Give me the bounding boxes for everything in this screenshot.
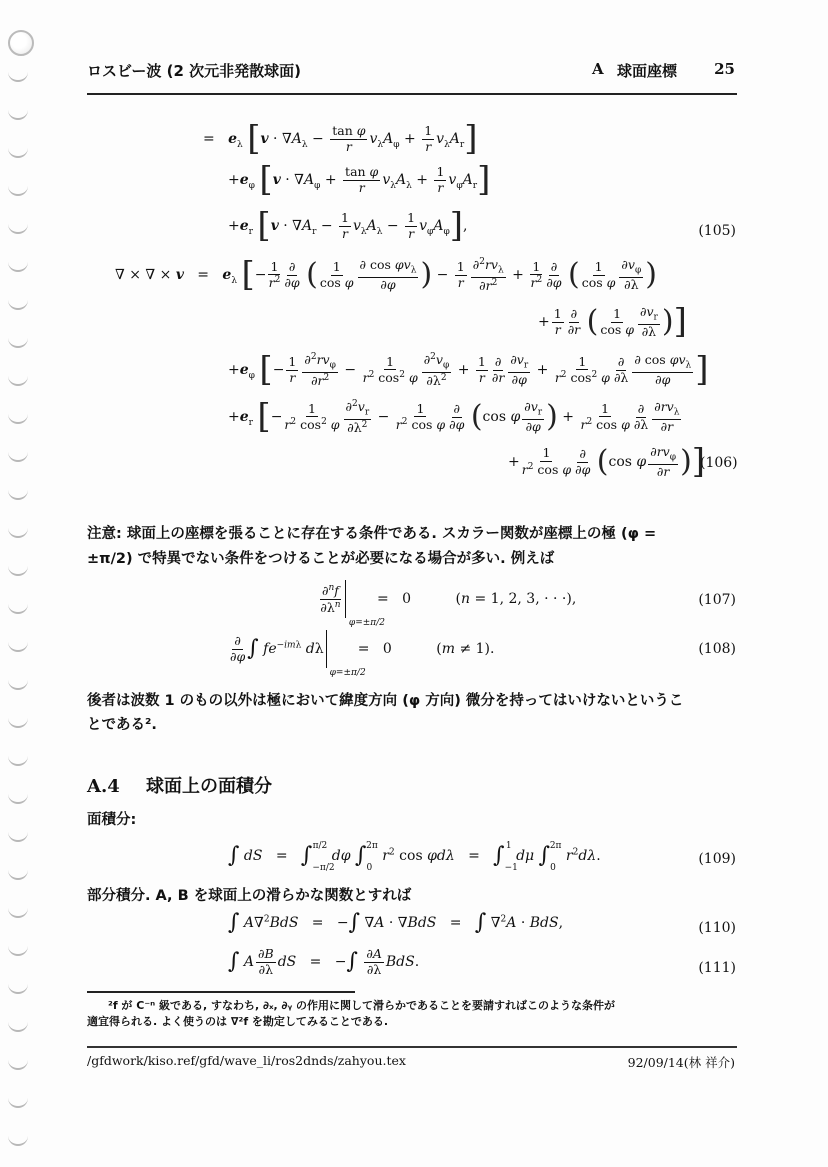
binder-hole-icon	[8, 294, 28, 310]
binder-hole-icon	[8, 636, 28, 652]
note-paragraph-line-2: ±π/2) で特異でない条件をつけることが必要になる場合が多い. 例えば	[87, 547, 554, 568]
partial-integration-text: 部分積分. A, B を球面上の滑らかな関数とすれば	[87, 884, 411, 905]
latter-paragraph-line-1: 後者は波数 1 のもの以外は極において緯度方向 (φ 方向) 微分を持ってはいけ…	[87, 689, 683, 710]
eq106-line-2: +1r∂∂r (1cos φ∂vr∂λ)]	[538, 306, 687, 338]
eq106-line-3: +eφ [−1r∂2rvφ∂r2 − 1r2 cos2 φ∂2vφ∂λ2 + 1…	[228, 353, 709, 387]
section-letter: A	[592, 60, 604, 78]
source-file-path: /gfdwork/kiso.ref/gfd/wave_li/ros2dnds/z…	[87, 1053, 406, 1068]
binder-hole-icon	[8, 940, 28, 956]
running-header: ロスビー波 (2 次元非発散球面) A 球面座標 25	[87, 60, 735, 86]
equation-number-107: (107)	[698, 592, 736, 608]
eq109-body: ∫ dS = ∫−π/2π/2 dφ ∫02π r2 cos φdλ = ∫−1…	[228, 842, 601, 873]
binder-hole-icon	[8, 864, 28, 880]
binder-hole-icon	[8, 1016, 28, 1032]
equation-number-106: (106)	[700, 455, 738, 471]
binder-hole-icon	[8, 560, 28, 576]
binder-hole-icon	[8, 104, 28, 120]
binder-hole-icon	[8, 180, 28, 196]
eq106-line-1: ∇ × ∇ × v = eλ [−1r2∂∂φ (1cos φ∂ cos φvλ…	[115, 258, 657, 292]
binder-hole-icon	[8, 712, 28, 728]
eq106-line-5: +1r2 cos φ∂∂φ (cos φ∂rvφ∂r)]	[508, 446, 705, 478]
footnote-line-1: ²f が C⁻ⁿ 級である, すなわち, ∂ₓ, ∂ᵧ の作用に関して滑らかであ…	[108, 997, 615, 1013]
binder-holes	[0, 0, 40, 1167]
section-number: A.4	[87, 776, 120, 797]
section-heading: A.4 球面上の面積分	[87, 772, 272, 798]
binder-hole-icon	[8, 1054, 28, 1070]
surface-integral-label: 面積分:	[87, 808, 136, 829]
page-number: 25	[714, 60, 735, 78]
eq105-line-2: +eφ [v · ∇Aφ + tan φrvλAλ + 1rvφAr]	[228, 166, 490, 194]
binder-hole-icon	[8, 750, 28, 766]
binder-hole-icon	[8, 598, 28, 614]
binder-hole-icon	[8, 1092, 28, 1108]
scanned-page: ロスビー波 (2 次元非発散球面) A 球面座標 25 = eλ [v · ∇A…	[0, 0, 828, 1167]
binder-hole-icon	[8, 1130, 28, 1146]
equation-number-105: (105)	[698, 223, 736, 239]
eq111-body: ∫ A∂B∂λdS = −∫ ∂A∂λBdS.	[228, 948, 419, 976]
footnote-line-2: 適宜得られる. よく使うのは ∇²f を勘定してみることである.	[87, 1013, 388, 1029]
binder-hole-icon	[8, 30, 34, 56]
header-rule	[87, 93, 737, 95]
binder-hole-icon	[8, 674, 28, 690]
footer-rule	[87, 1046, 737, 1048]
chapter-title: ロスビー波 (2 次元非発散球面)	[87, 60, 301, 81]
binder-hole-icon	[8, 218, 28, 234]
binder-hole-icon	[8, 484, 28, 500]
binder-hole-icon	[8, 788, 28, 804]
binder-hole-icon	[8, 902, 28, 918]
date-author: 92/09/14(林 祥介)	[628, 1053, 735, 1071]
eq105-line-1: = eλ [v · ∇Aλ − tan φrvλAφ + 1rvλAr]	[203, 125, 478, 153]
note-paragraph-line-1: 注意: 球面上の座標を張ることに存在する条件である. スカラー関数が座標上の極 …	[87, 522, 656, 543]
eq105-line-3: +er [v · ∇Ar − 1rvλAλ − 1rvφAφ],	[228, 212, 467, 240]
eq106-line-4: +er [−1r2 cos2 φ∂2vr∂λ2 − 1r2 cos φ∂∂φ (…	[228, 400, 683, 434]
footnote-rule	[87, 991, 355, 993]
eq108-body: ∂∂φ∫ fe−imλ dλφ=±π/2 = 0 (m ≠ 1).	[228, 630, 494, 668]
equation-number-108: (108)	[698, 641, 736, 657]
eq107-body: ∂nf∂λnφ=±π/2 = 0 (n = 1, 2, 3, · · ·),	[318, 580, 576, 618]
eq110-body: ∫ A∇2BdS = −∫ ∇A · ∇BdS = ∫ ∇2A · BdS,	[228, 912, 563, 934]
binder-hole-icon	[8, 142, 28, 158]
binder-hole-icon	[8, 66, 28, 82]
equation-number-109: (109)	[698, 851, 736, 867]
binder-hole-icon	[8, 370, 28, 386]
binder-hole-icon	[8, 332, 28, 348]
equation-number-111: (111)	[698, 960, 736, 976]
section-title: 球面上の面積分	[146, 776, 272, 797]
section-name: 球面座標	[617, 60, 677, 81]
binder-hole-icon	[8, 978, 28, 994]
equation-number-110: (110)	[698, 920, 736, 936]
binder-hole-icon	[8, 826, 28, 842]
binder-hole-icon	[8, 256, 28, 272]
binder-hole-icon	[8, 522, 28, 538]
binder-hole-icon	[8, 446, 28, 462]
latter-paragraph-line-2: とである².	[87, 713, 157, 734]
binder-hole-icon	[8, 408, 28, 424]
